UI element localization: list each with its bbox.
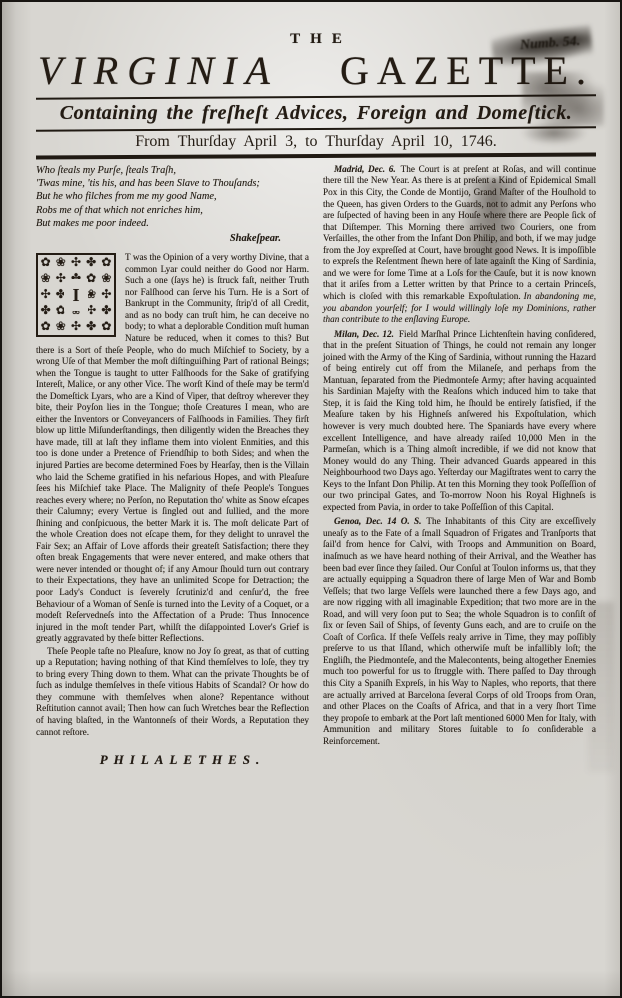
- drop-cap-initial: I: [64, 279, 88, 311]
- masthead-subtitle: Containing the freſheſt Advices, Foreign…: [36, 101, 596, 126]
- epigraph-line: But makes me poor indeed.: [36, 217, 309, 230]
- divider-rule: [36, 94, 596, 99]
- epigraph: Who ſteals my Purſe, ſteals Traſh, 'Twas…: [36, 164, 309, 245]
- page-content: Numb. 54. THE VIRGINIA GAZETTE. Containi…: [2, 2, 620, 768]
- essay-paragraph-2: Theſe People taſte no Pleaſure, know no …: [36, 646, 309, 738]
- news-article-madrid: Madrid, Dec. 6.The Court is at preſent a…: [323, 164, 596, 326]
- essay-paragraph-1: ✿❀✣✤✿❀✣✤✿❀✣✤✿❀✣✤✿❀✣✤✿❀✣✤✿ I T was the Op…: [36, 252, 309, 645]
- essay-signature: PHILALETHES.: [36, 752, 309, 768]
- masthead-dateline: From Thurſday April 3, to Thurſday April…: [36, 132, 596, 153]
- masthead-title-virginia: VIRGINIA: [38, 50, 279, 92]
- epigraph-line: But he who filches from me my good Name,: [36, 190, 309, 203]
- drop-cap-ornament: ✿❀✣✤✿❀✣✤✿❀✣✤✿❀✣✤✿❀✣✤✿❀✣✤✿ I: [36, 253, 116, 337]
- divider-rule: [36, 126, 596, 131]
- columns: Who ſteals my Purſe, ſteals Traſh, 'Twas…: [36, 164, 596, 768]
- left-column: Who ſteals my Purſe, ſteals Traſh, 'Twas…: [36, 164, 309, 768]
- article-dateline: Genoa, Dec. 14 O. S.: [334, 516, 421, 526]
- epigraph-line: Who ſteals my Purſe, ſteals Traſh,: [36, 164, 309, 177]
- epigraph-line: Robs me of that which not enriches him,: [36, 204, 309, 217]
- epigraph-attribution: Shakeſpear.: [36, 232, 309, 245]
- masthead-the: THE: [36, 30, 596, 49]
- article-body: The Inhabitants of this City are exceſſi…: [323, 516, 596, 745]
- masthead-title-gazette: GAZETTE.: [340, 50, 594, 92]
- newspaper-page: Numb. 54. THE VIRGINIA GAZETTE. Containi…: [0, 0, 622, 998]
- epigraph-line: 'Twas mine, 'tis his, and has been Slave…: [36, 177, 309, 190]
- news-article-milan: Milan, Dec. 12.Field Marſhal Prince Lich…: [323, 329, 596, 514]
- masthead-title: VIRGINIA GAZETTE.: [36, 50, 596, 92]
- divider-rule-heavy: [36, 153, 596, 160]
- article-dateline: Madrid, Dec. 6.: [334, 164, 396, 174]
- news-article-genoa: Genoa, Dec. 14 O. S.The Inhabitants of t…: [323, 516, 596, 747]
- article-body: The Court is at preſent at Roſas, and wi…: [323, 164, 596, 301]
- article-body: Field Marſhal Prince Lichtenſtein having…: [323, 329, 596, 512]
- article-dateline: Milan, Dec. 12.: [334, 329, 394, 339]
- right-column: Madrid, Dec. 6.The Court is at preſent a…: [323, 164, 596, 768]
